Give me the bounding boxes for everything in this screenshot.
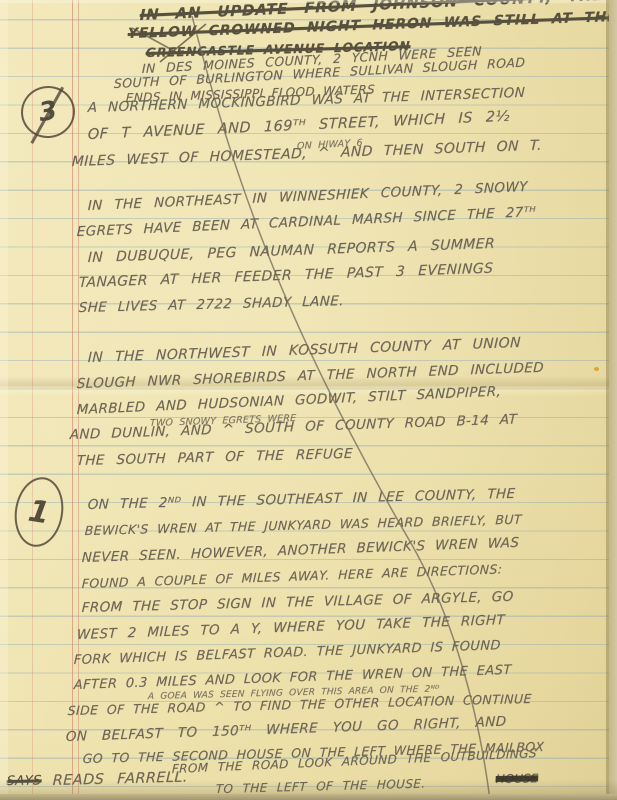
scribble-slash: [31, 87, 64, 144]
page-left-edge: [0, 0, 8, 800]
scan-background-bottom: [0, 794, 617, 800]
scan-background-right: [609, 0, 617, 800]
margin-line-red-2: [78, 0, 79, 796]
page-top-edge: [0, 0, 617, 3]
page-bottom-shadow: [0, 780, 617, 794]
paper-speck: [594, 367, 599, 371]
circled-number-1-label: 1: [26, 493, 52, 531]
notepad-page: IN AN UPDATE FROM JOHNSON COUNTY, THEYEL…: [0, 0, 609, 796]
